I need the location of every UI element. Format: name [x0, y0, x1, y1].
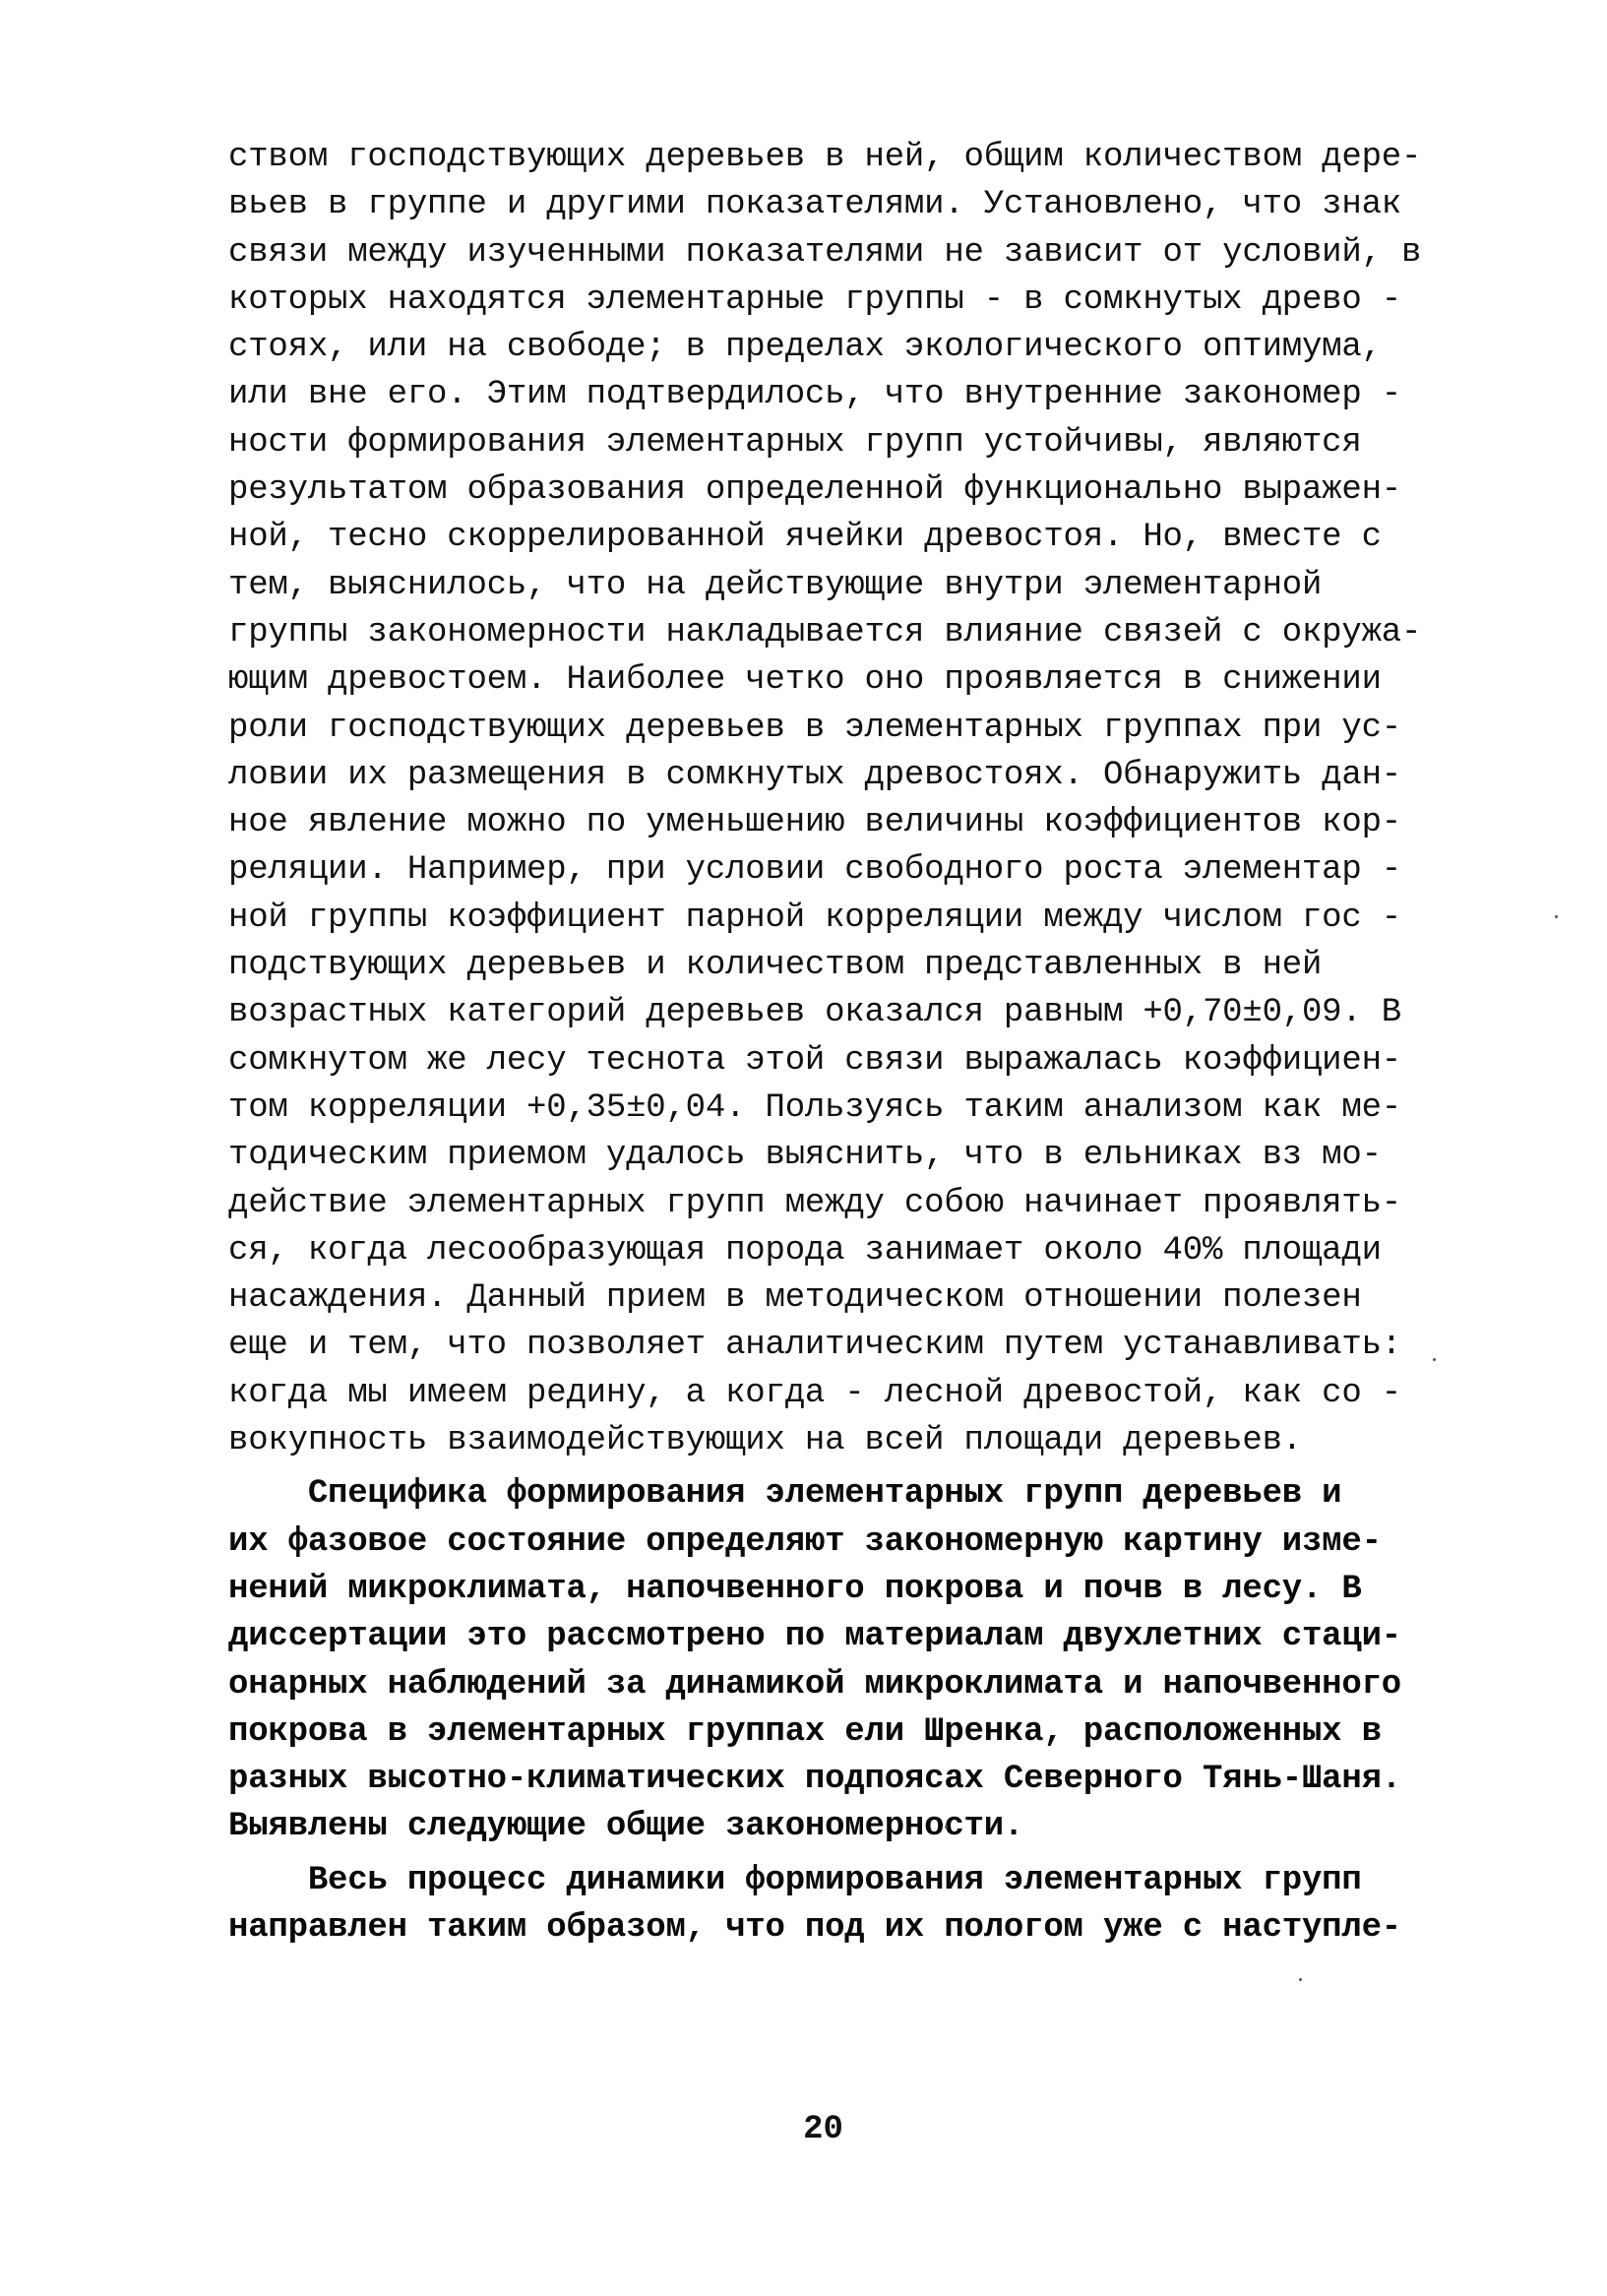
text-line: вьев в группе и другими показателями. Ус…: [228, 181, 1508, 228]
text-line: действие элементарных групп между собою …: [228, 1180, 1508, 1227]
text-line: том корреляции +0,35±0,04. Пользуясь так…: [228, 1085, 1508, 1132]
scan-speck: [1433, 1358, 1436, 1361]
text-line: роли господствующих деревьев в элементар…: [228, 705, 1508, 752]
text-line: ное явление можно по уменьшению величины…: [228, 799, 1508, 846]
text-line: Специфика формирования элементарных груп…: [228, 1470, 1508, 1518]
text-line: реляции. Например, при условии свободног…: [228, 846, 1508, 894]
text-line: направлен таким образом, что под их поло…: [228, 1904, 1508, 1952]
text-line: результатом образования определенной фун…: [228, 466, 1508, 514]
text-line: вокупность взаимодействующих на всей пло…: [228, 1417, 1508, 1464]
text-line: сомкнутом же лесу теснота этой связи выр…: [228, 1037, 1508, 1085]
text-line: группы закономерности накладывается влия…: [228, 609, 1508, 656]
text-line: онарных наблюдений за динамикой микрокли…: [228, 1661, 1508, 1708]
paragraph-3: Весь процесс динамики формирования элеме…: [228, 1857, 1508, 1953]
text-line: когда мы имеем редину, а когда - лесной …: [228, 1370, 1508, 1417]
text-line: ловии их размещения в сомкнутых древосто…: [228, 752, 1508, 799]
body-text: ством господствующих деревьев в ней, общ…: [228, 134, 1508, 1952]
scan-speck: [1299, 1978, 1302, 1981]
text-line: ством господствующих деревьев в ней, общ…: [228, 134, 1508, 181]
text-line: ющим древостоем. Наиболее четко оно проя…: [228, 656, 1508, 704]
text-line: покрова в элементарных группах ели Шренк…: [228, 1708, 1508, 1756]
text-line: ной группы коэффициент парной корреляции…: [228, 895, 1508, 942]
text-line: их фазовое состояние определяют закономе…: [228, 1519, 1508, 1566]
text-line: или вне его. Этим подтвердилось, что вну…: [228, 371, 1508, 418]
text-line: насаждения. Данный прием в методическом …: [228, 1274, 1508, 1322]
text-line: тем, выяснилось, что на действующие внут…: [228, 562, 1508, 609]
text-line: стоях, или на свободе; в пределах эколог…: [228, 324, 1508, 371]
text-line: Весь процесс динамики формирования элеме…: [228, 1857, 1508, 1904]
text-line: ся, когда лесообразующая порода занимает…: [228, 1227, 1508, 1274]
text-line: нений микроклимата, напочвенного покрова…: [228, 1566, 1508, 1613]
scan-speck: [945, 1826, 948, 1829]
document-page: ством господствующих деревьев в ней, общ…: [0, 0, 1607, 2296]
text-line: еще и тем, что позволяет аналитическим п…: [228, 1322, 1508, 1369]
text-line: диссертации это рассмотрено по материала…: [228, 1613, 1508, 1660]
paragraph-2: Специфика формирования элементарных груп…: [228, 1470, 1508, 1850]
text-line: которых находятся элементарные группы - …: [228, 277, 1508, 324]
text-line: тодическим приемом удалось выяснить, что…: [228, 1132, 1508, 1179]
text-line: ной, тесно скоррелированной ячейки древо…: [228, 514, 1508, 561]
text-line: возрастных категорий деревьев оказался р…: [228, 989, 1508, 1036]
page-number: 20: [0, 2111, 1607, 2148]
scan-speck: [1555, 915, 1558, 918]
text-line: подствующих деревьев и количеством предс…: [228, 942, 1508, 989]
text-line: связи между изученными показателями не з…: [228, 229, 1508, 277]
text-line: ности формирования элементарных групп ус…: [228, 419, 1508, 466]
text-line: разных высотно-климатических подпоясах С…: [228, 1756, 1508, 1803]
text-line: Выявлены следующие общие закономерности.: [228, 1803, 1508, 1850]
paragraph-1: ством господствующих деревьев в ней, общ…: [228, 134, 1508, 1464]
